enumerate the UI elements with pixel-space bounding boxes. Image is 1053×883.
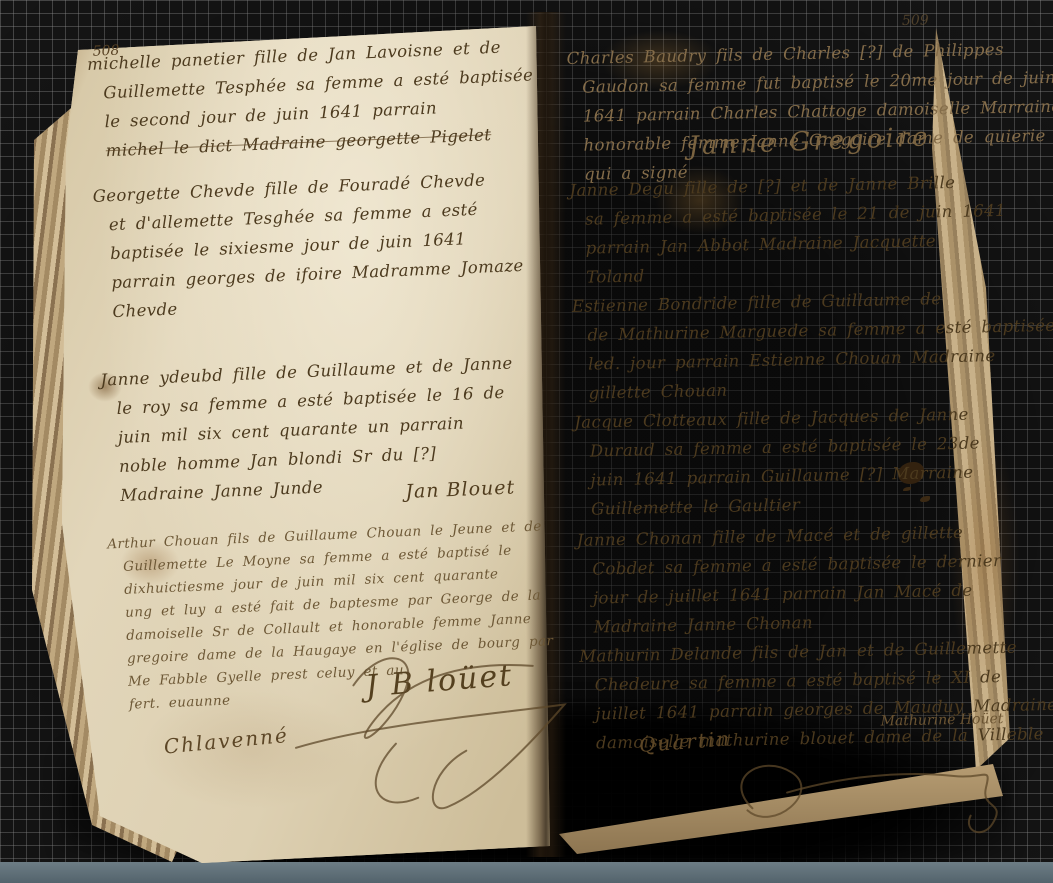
right-page-number: 509 [902, 12, 929, 29]
baptism-entry: Charles Baudry fils de Charles [?] de Ph… [566, 35, 1021, 189]
left-page-content: 508 michelle panetier fille de Jan Lavoi… [86, 17, 582, 856]
baptism-entry: Georgette Chevde fille de Fouradé Chevde… [92, 163, 560, 327]
baptism-entry: Jacque Clotteaux fille de Jacques de Jan… [574, 398, 1028, 523]
baptism-entry: Estienne Bondride fille de Guillaume ded… [572, 282, 1026, 407]
paraph-flourish [691, 742, 1033, 869]
signature-jan-blouet: Jan Blouet [405, 476, 516, 503]
right-page-content: 509 Charles Baudry fils de Charles [?] d… [566, 17, 1035, 866]
baptism-entry: Janne Degu fille de [?] et de Janne Bril… [569, 167, 1023, 292]
signature-witness-right: Mathurine Hoüet [880, 711, 1003, 730]
manuscript-photo: 508 michelle panetier fille de Jan Lavoi… [0, 0, 1053, 883]
baptism-entry: michelle panetier fille de Jan Lavoisne … [87, 31, 553, 166]
baptism-entry: Janne Chonan fille de Macé et de gillett… [576, 516, 1030, 641]
